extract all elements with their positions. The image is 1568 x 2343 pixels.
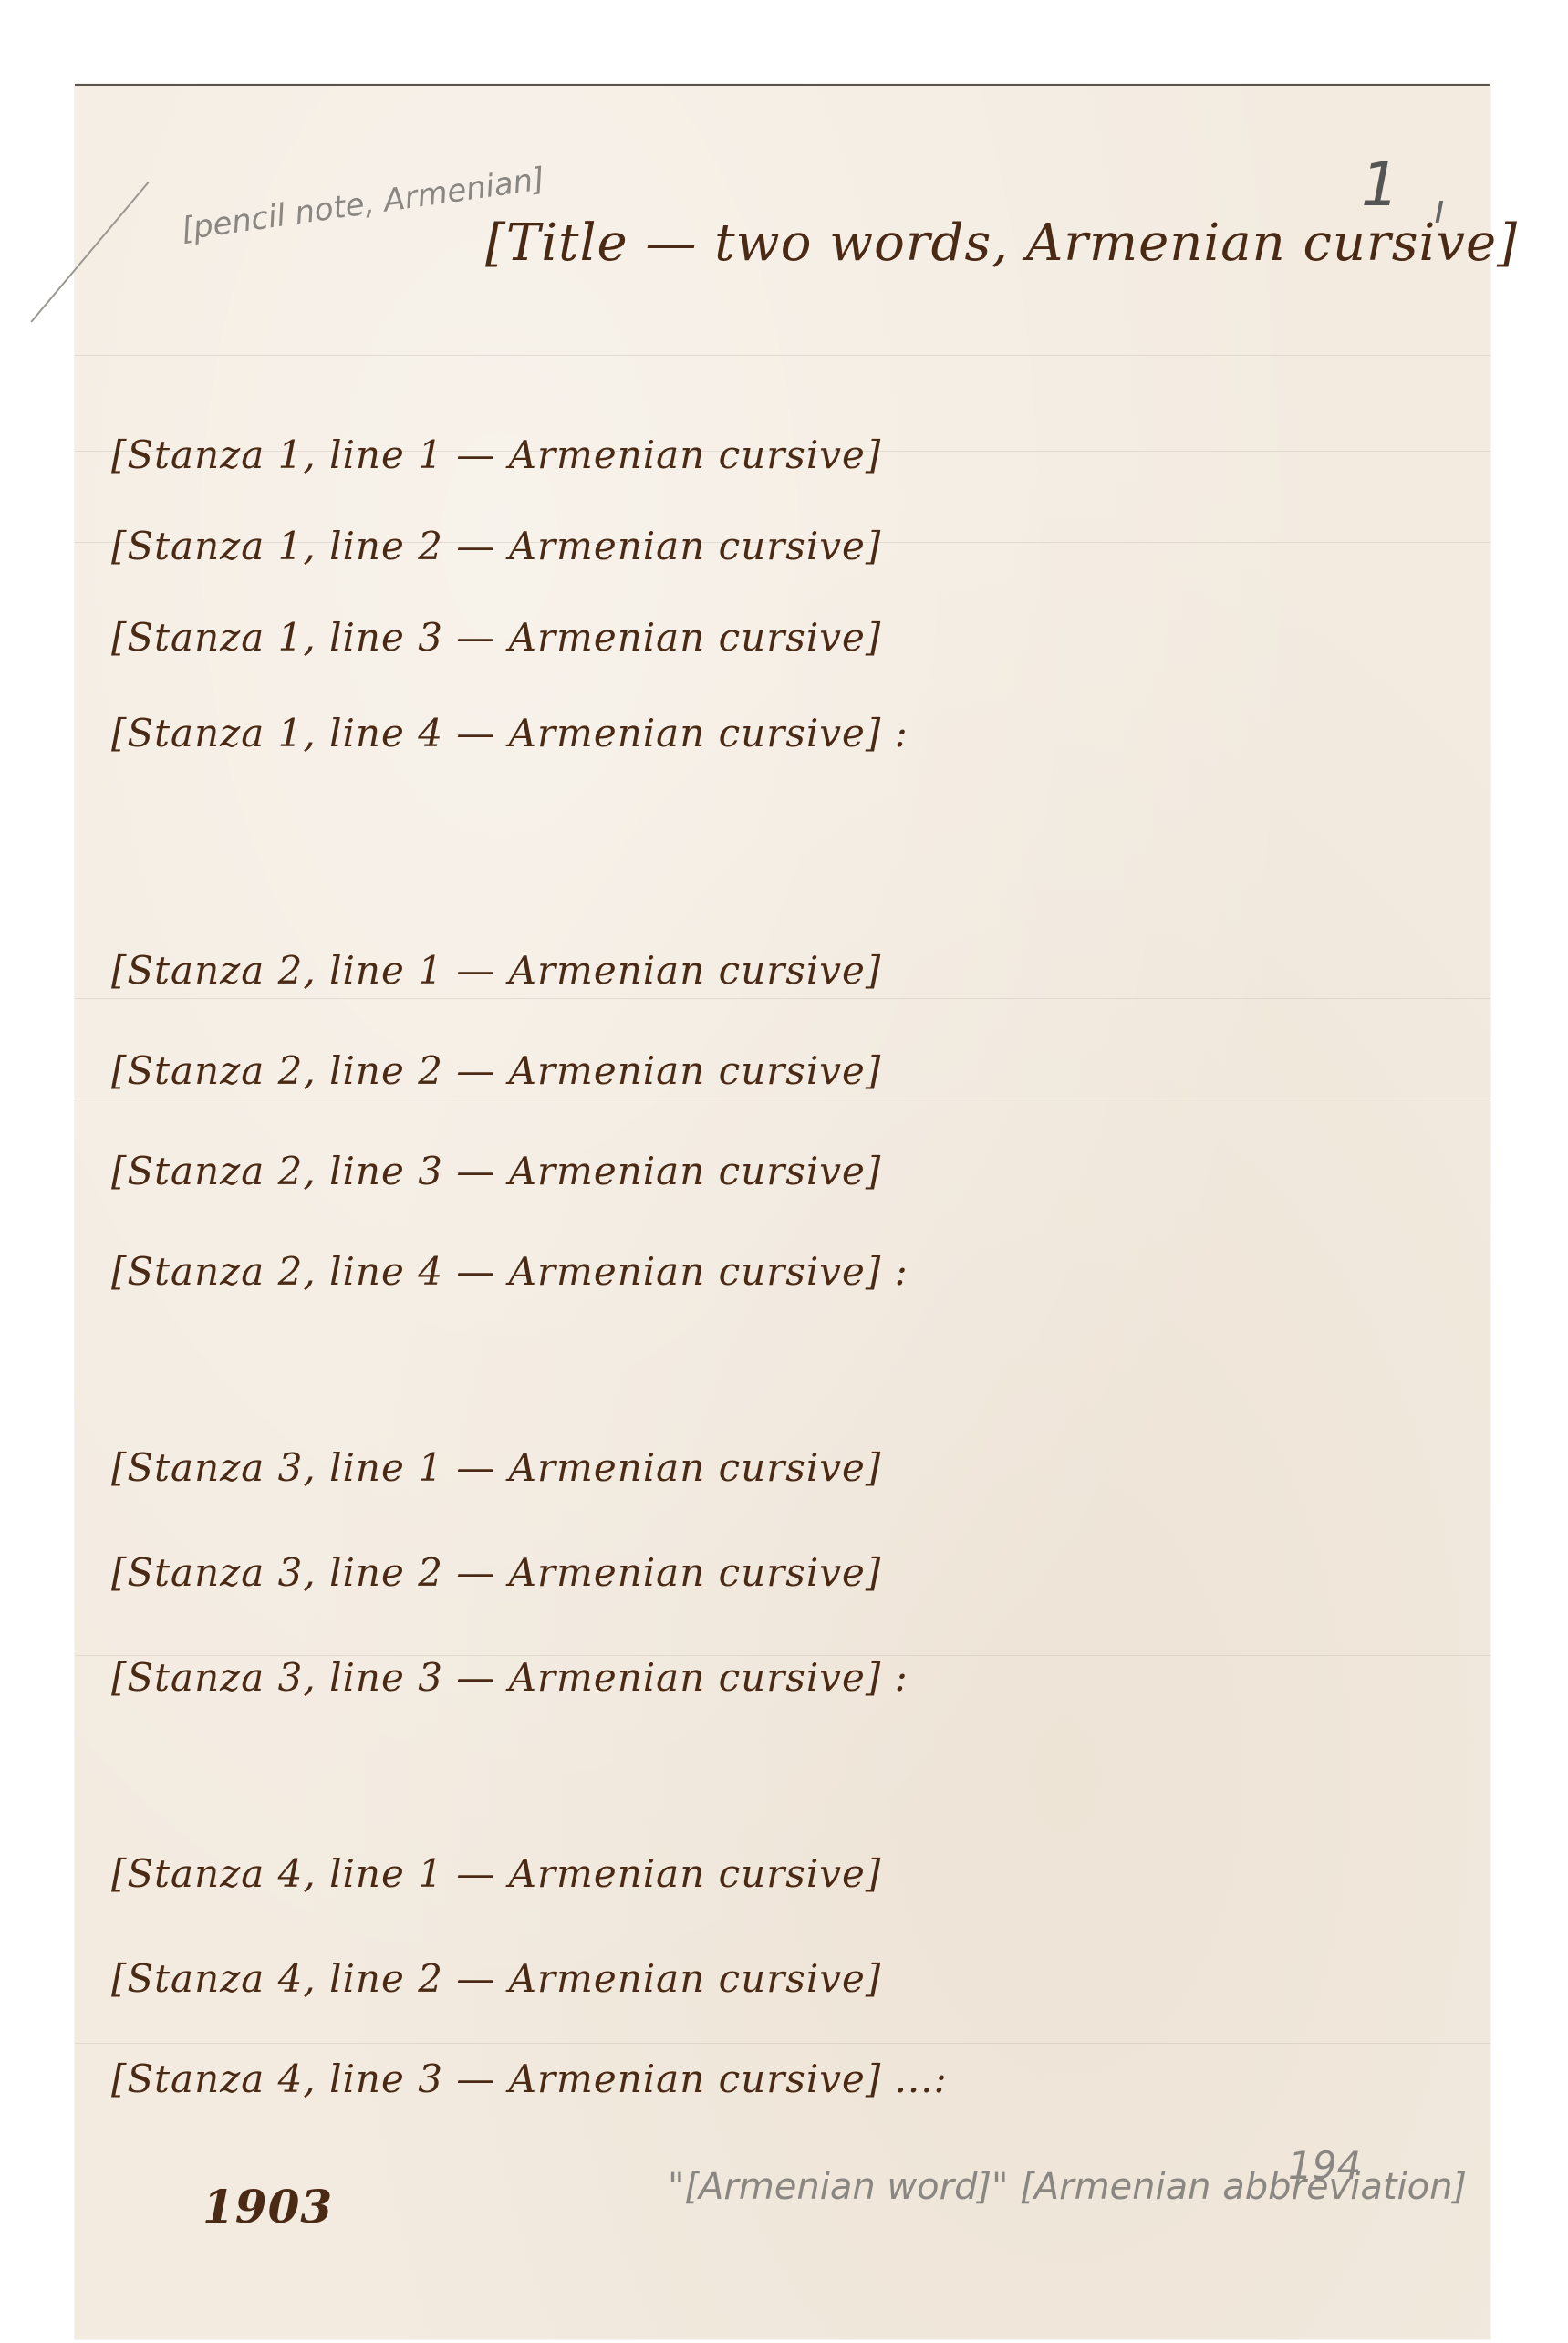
faint-ruled-line bbox=[75, 2043, 1490, 2044]
faint-ruled-line bbox=[75, 998, 1490, 999]
poem-date: 1903 bbox=[202, 2180, 333, 2234]
stanza-3-line-1: [Stanza 3, line 1 — Armenian cursive] bbox=[111, 1445, 881, 1490]
page-number: 1 bbox=[1361, 150, 1399, 220]
stanza-4-line-3: [Stanza 4, line 3 — Armenian cursive] ..… bbox=[111, 2057, 948, 2101]
stanza-1-line-1: [Stanza 1, line 1 — Armenian cursive] bbox=[111, 432, 881, 477]
faint-ruled-line bbox=[75, 355, 1490, 356]
stanza-3-line-3: [Stanza 3, line 3 — Armenian cursive] : bbox=[111, 1655, 909, 1700]
stanza-2-line-3: [Stanza 2, line 3 — Armenian cursive] bbox=[111, 1149, 881, 1193]
pencil-slash-mark bbox=[30, 182, 149, 322]
stanza-4-line-2: [Stanza 4, line 2 — Armenian cursive] bbox=[111, 1956, 881, 2001]
poem-title: [Title — two words, Armenian cursive] bbox=[485, 213, 1518, 273]
faint-ruled-line bbox=[75, 1099, 1490, 1099]
stanza-1-line-3: [Stanza 1, line 3 — Armenian cursive] bbox=[111, 615, 881, 660]
stanza-2-line-1: [Stanza 2, line 1 — Armenian cursive] bbox=[111, 948, 881, 993]
stanza-1-line-2: [Stanza 1, line 2 — Armenian cursive] bbox=[111, 524, 881, 568]
stanza-3-line-2: [Stanza 3, line 2 — Armenian cursive] bbox=[111, 1550, 881, 1595]
stanza-2-line-4: [Stanza 2, line 4 — Armenian cursive] : bbox=[111, 1249, 909, 1294]
stanza-4-line-1: [Stanza 4, line 1 — Armenian cursive] bbox=[111, 1851, 881, 1896]
manuscript-page: [pencil note, Armenian] 1 ı [Title — two… bbox=[75, 84, 1490, 2339]
stanza-1-line-4: [Stanza 1, line 4 — Armenian cursive] : bbox=[111, 711, 909, 755]
archive-folio-number: 194 bbox=[1288, 2143, 1361, 2188]
stanza-2-line-2: [Stanza 2, line 2 — Armenian cursive] bbox=[111, 1048, 881, 1093]
